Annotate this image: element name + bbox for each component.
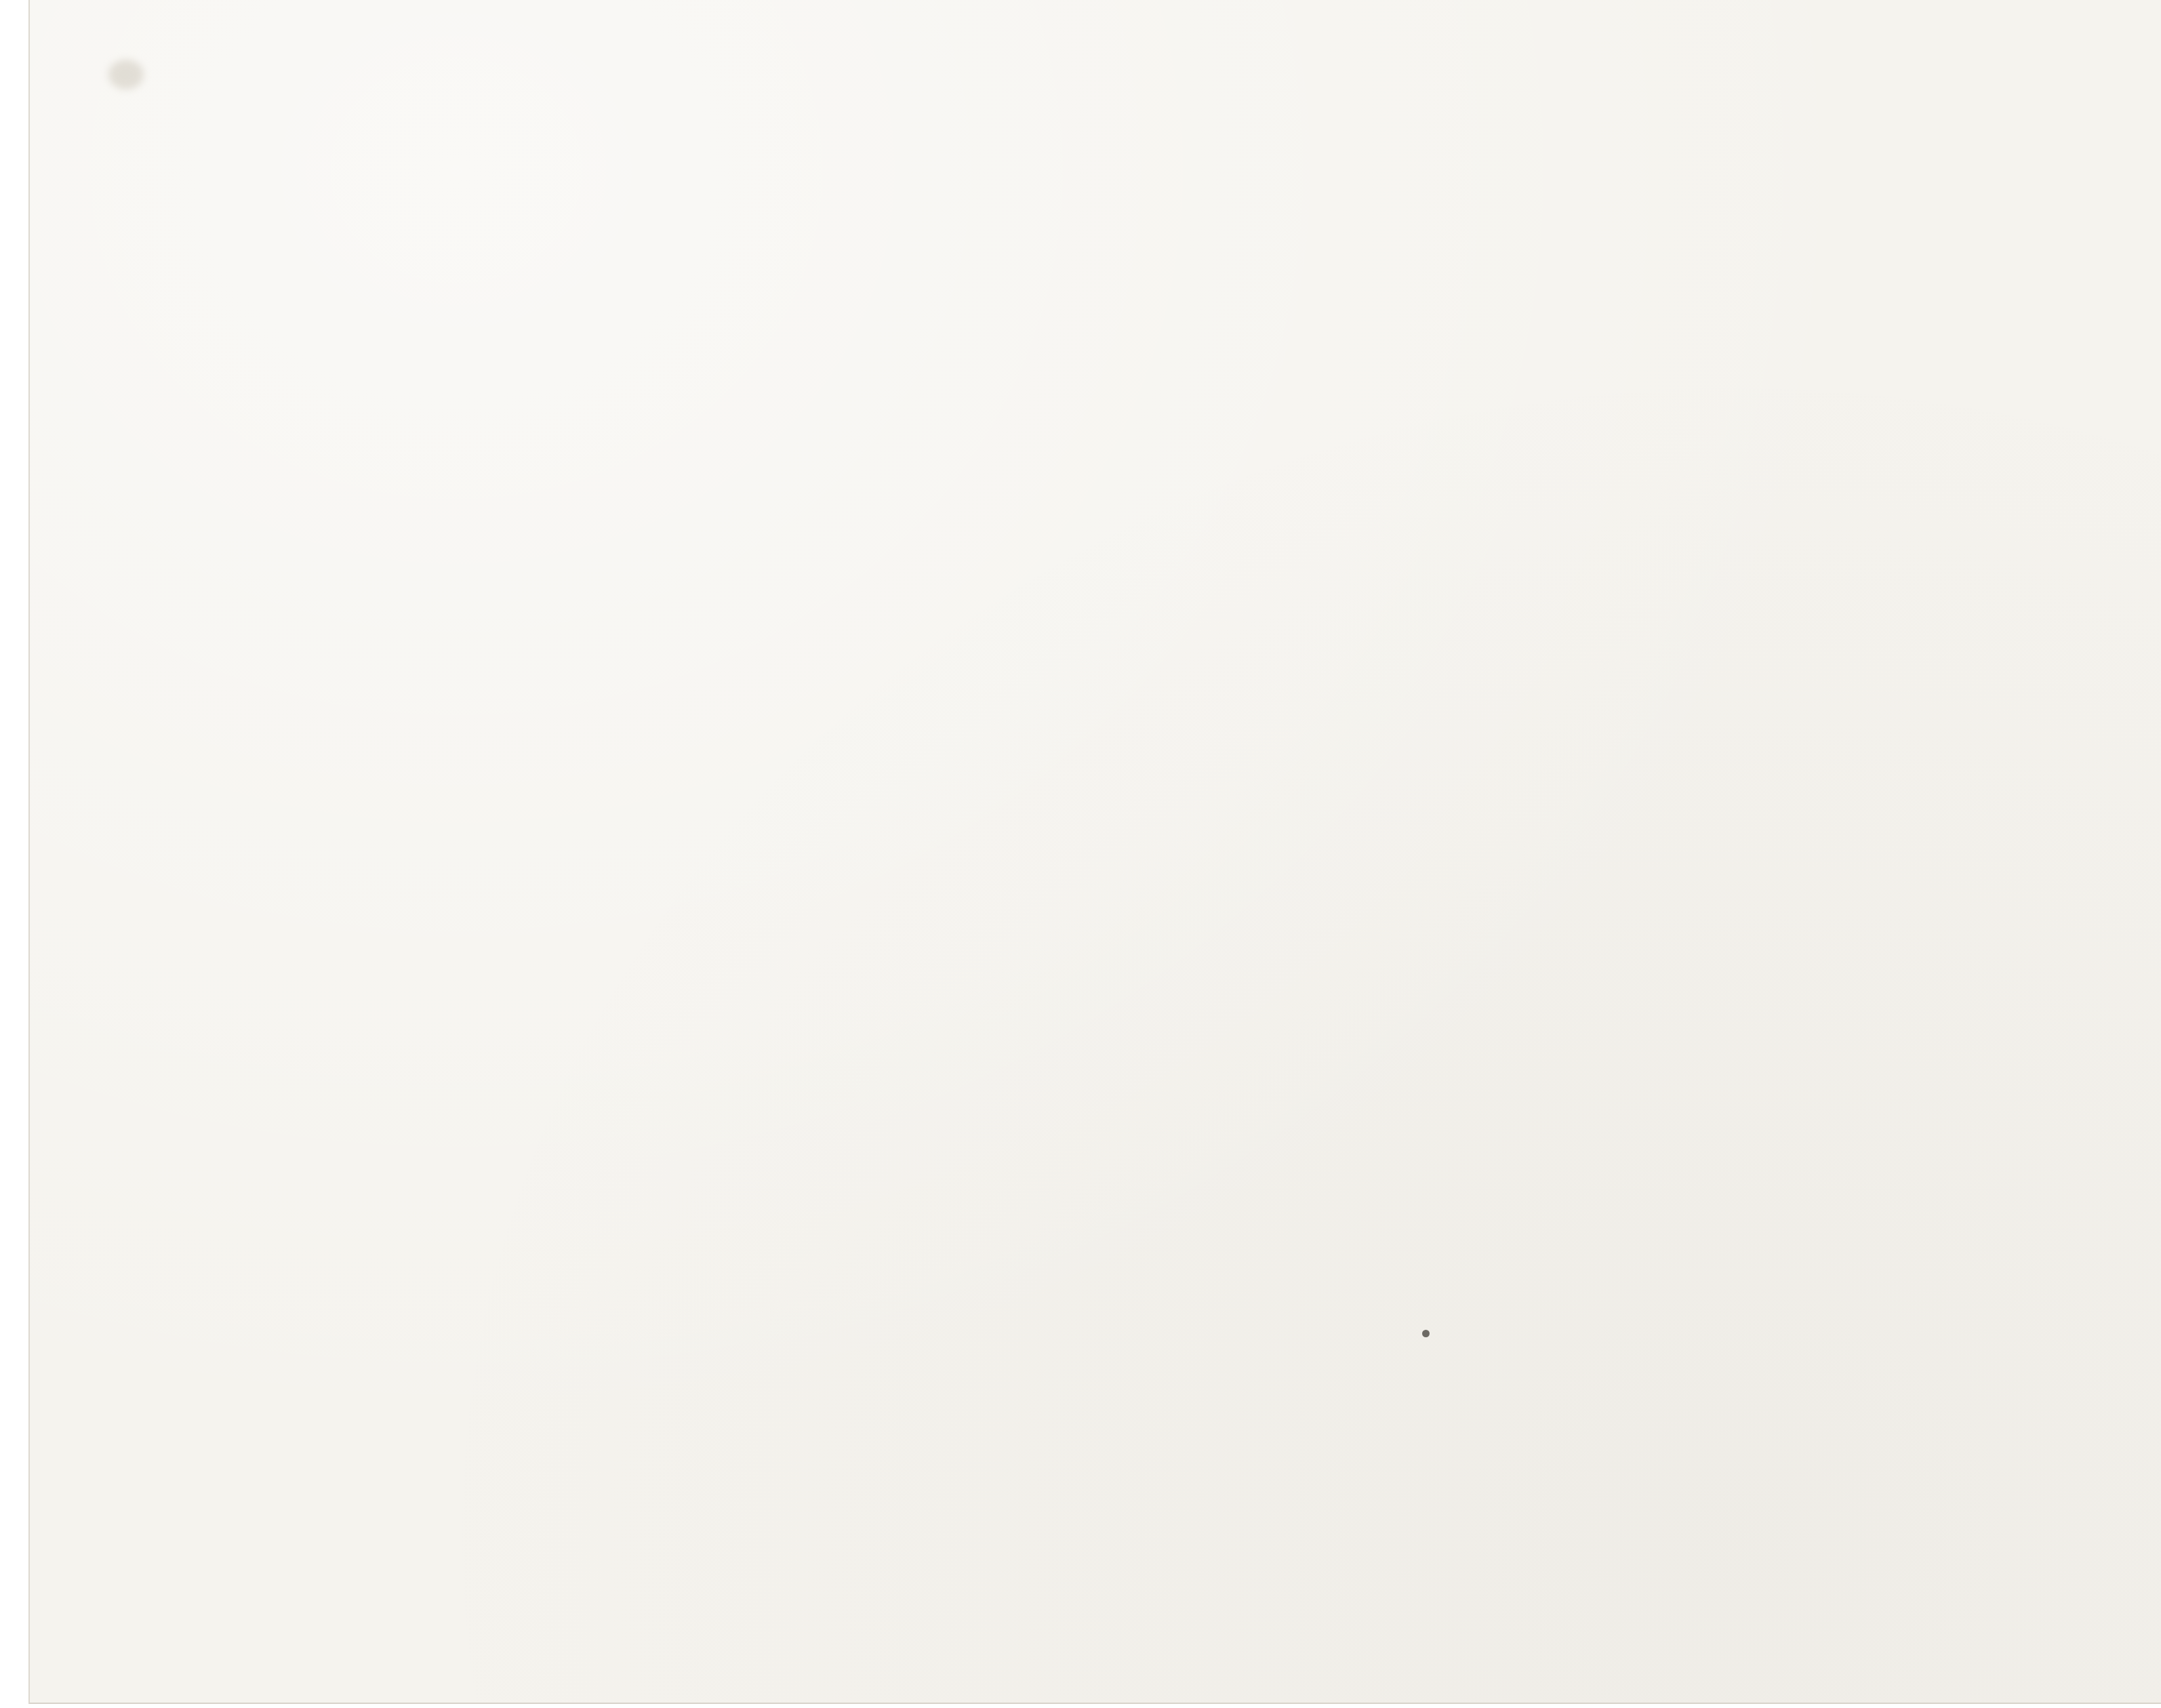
paper-sheet xyxy=(28,0,2161,1704)
paper-smudge xyxy=(108,60,144,89)
ink-dot xyxy=(1422,1330,1430,1337)
scanned-specimen-log-page xyxy=(0,0,2161,1708)
